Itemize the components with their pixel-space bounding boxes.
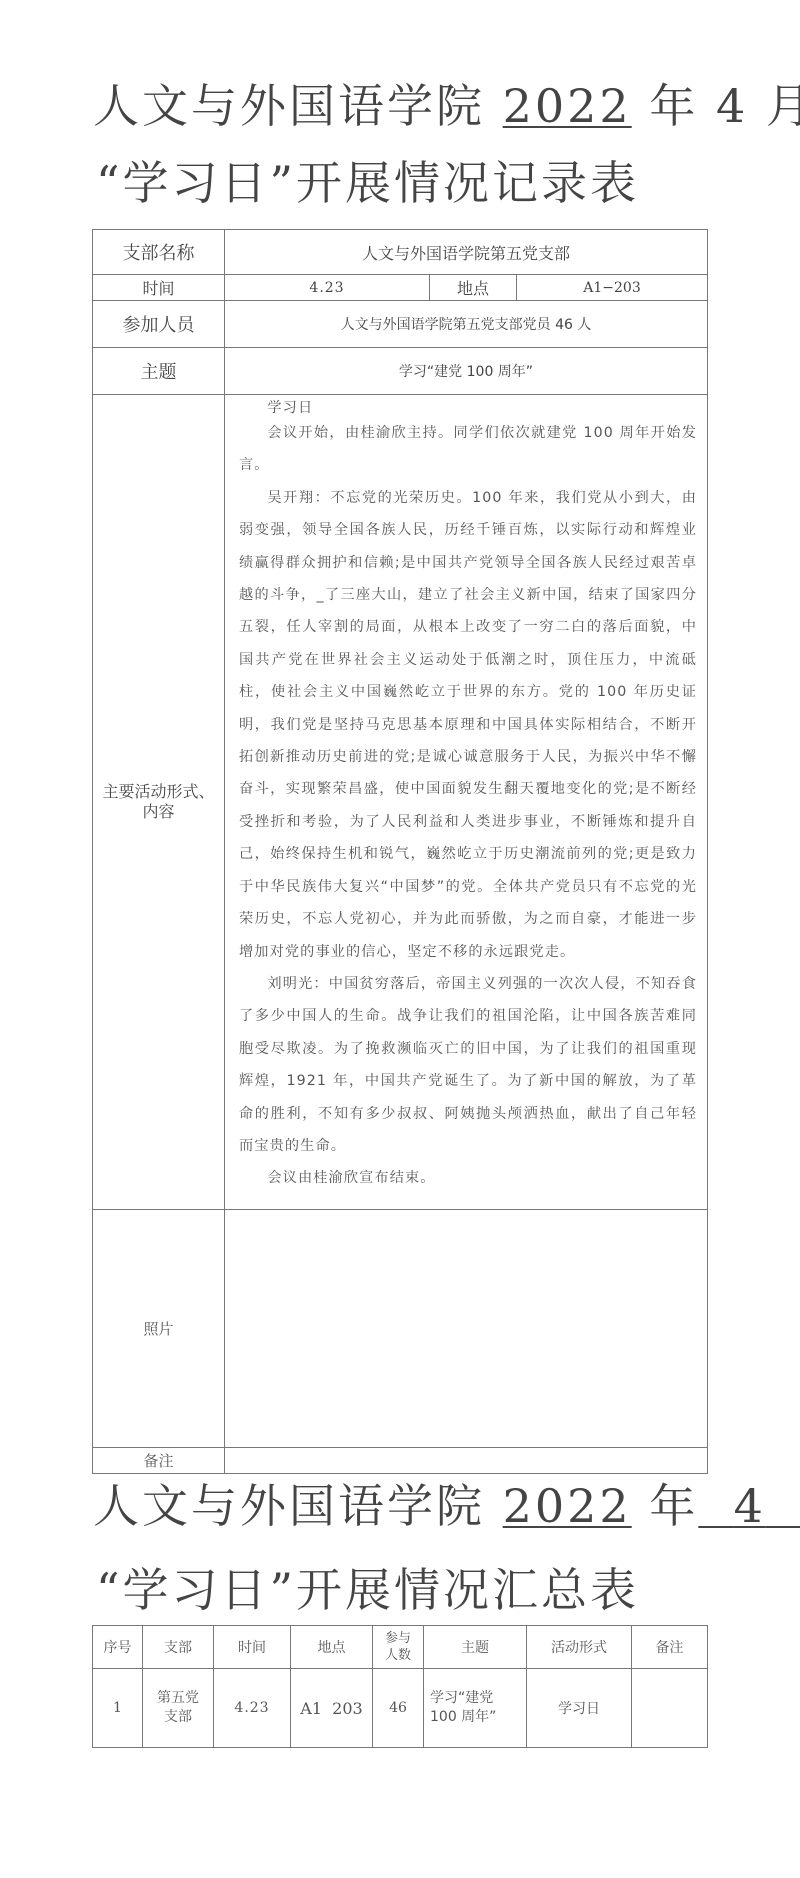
record-table: 支部名称 人文与外国语学院第五党支部 时间 4.23 地点 A1−203 参加人… [92, 229, 708, 1474]
row-index: 1 [93, 1669, 143, 1748]
record-year: 2022 [503, 79, 632, 133]
summary-year: 2022 [503, 1479, 632, 1533]
photo-area [225, 1210, 708, 1448]
college-name: 人文与外国语学院 [93, 1479, 485, 1533]
time-value: 4.23 [225, 275, 430, 301]
theme-value: 学习“建党 100 周年” [225, 348, 708, 395]
header-branch: 支部 [143, 1626, 214, 1669]
row-notes [632, 1669, 708, 1748]
header-index: 序号 [93, 1626, 143, 1669]
place-label: 地点 [430, 275, 517, 301]
content-paragraph: 刘明光：中国贫穷落后，帝国主义列强的一次次人侵，不知吞食了多少中国人的生命。战争… [239, 968, 697, 1162]
header-notes: 备注 [632, 1626, 708, 1669]
content-paragraph: 吴开翔：不忘党的光荣历史。100 年来，我们党从小到大，由弱变强，领导全国各族人… [239, 482, 697, 968]
notes-value [225, 1448, 708, 1474]
row-theme: 学习“建党100 周年” [424, 1669, 527, 1748]
content-paragraph: 会议由桂渝欣宣布结束。 [239, 1162, 697, 1194]
content-paragraph: 学习日 [239, 395, 697, 417]
row-theme: 主题 学习“建党 100 周年” [93, 348, 708, 395]
row-time: 4.23 [214, 1669, 291, 1748]
branch-value: 人文与外国语学院第五党支部 [225, 230, 708, 275]
record-month: 4 [716, 79, 748, 133]
participants-value: 人文与外国语学院第五党支部党员 46 人 [225, 301, 708, 348]
participants-label: 参加人员 [93, 301, 225, 348]
college-name: 人文与外国语学院 [93, 79, 485, 133]
year-suffix: 年 [649, 1479, 698, 1533]
row-content: 主要活动形式、内容 学习日 会议开始，由桂渝欣主持。同学们依次就建党 100 周… [93, 395, 708, 1210]
content-body: 学习日 会议开始，由桂渝欣主持。同学们依次就建党 100 周年开始发言。 吴开翔… [225, 395, 708, 1210]
row-place: A1 203 [291, 1669, 373, 1748]
theme-label: 主题 [93, 348, 225, 395]
month-suffix: 月 [766, 79, 800, 133]
header-time: 时间 [214, 1626, 291, 1669]
time-label: 时间 [93, 275, 225, 301]
summary-title-line2: “学习日”开展情况汇总表 [96, 1562, 639, 1618]
summary-month: 4 [698, 1479, 800, 1533]
header-form: 活动形式 [527, 1626, 632, 1669]
row-photo: 照片 [93, 1210, 708, 1448]
photo-label: 照片 [93, 1210, 225, 1448]
header-place: 地点 [291, 1626, 373, 1669]
row-branch: 第五党支部 [143, 1669, 214, 1748]
place-value: A1−203 [517, 275, 708, 301]
row-form: 学习日 [527, 1669, 632, 1748]
header-participants: 参与人数 [373, 1626, 424, 1669]
header-theme: 主题 [424, 1626, 527, 1669]
row-time-place: 时间 4.23 地点 A1−203 [93, 275, 708, 301]
content-label: 主要活动形式、内容 [93, 395, 225, 1210]
row-notes: 备注 [93, 1448, 708, 1474]
record-title-line1: 人文与外国语学院 2022 年 4 月 [93, 78, 800, 134]
row-count: 46 [373, 1669, 424, 1748]
row-participants: 参加人员 人文与外国语学院第五党支部党员 46 人 [93, 301, 708, 348]
year-suffix: 年 [649, 79, 698, 133]
row-branch: 支部名称 人文与外国语学院第五党支部 [93, 230, 708, 275]
summary-table: 序号 支部 时间 地点 参与人数 主题 活动形式 备注 1 第五党支部 4.23… [92, 1625, 708, 1748]
record-title-line2: “学习日”开展情况记录表 [96, 155, 639, 211]
notes-label: 备注 [93, 1448, 225, 1474]
branch-label: 支部名称 [93, 230, 225, 275]
summary-row: 1 第五党支部 4.23 A1 203 46 学习“建党100 周年” 学习日 [93, 1669, 708, 1748]
content-paragraph: 会议开始，由桂渝欣主持。同学们依次就建党 100 周年开始发言。 [239, 417, 697, 482]
summary-title-line1: 人文与外国语学院 2022 年 4 月 [93, 1478, 800, 1534]
summary-header-row: 序号 支部 时间 地点 参与人数 主题 活动形式 备注 [93, 1626, 708, 1669]
